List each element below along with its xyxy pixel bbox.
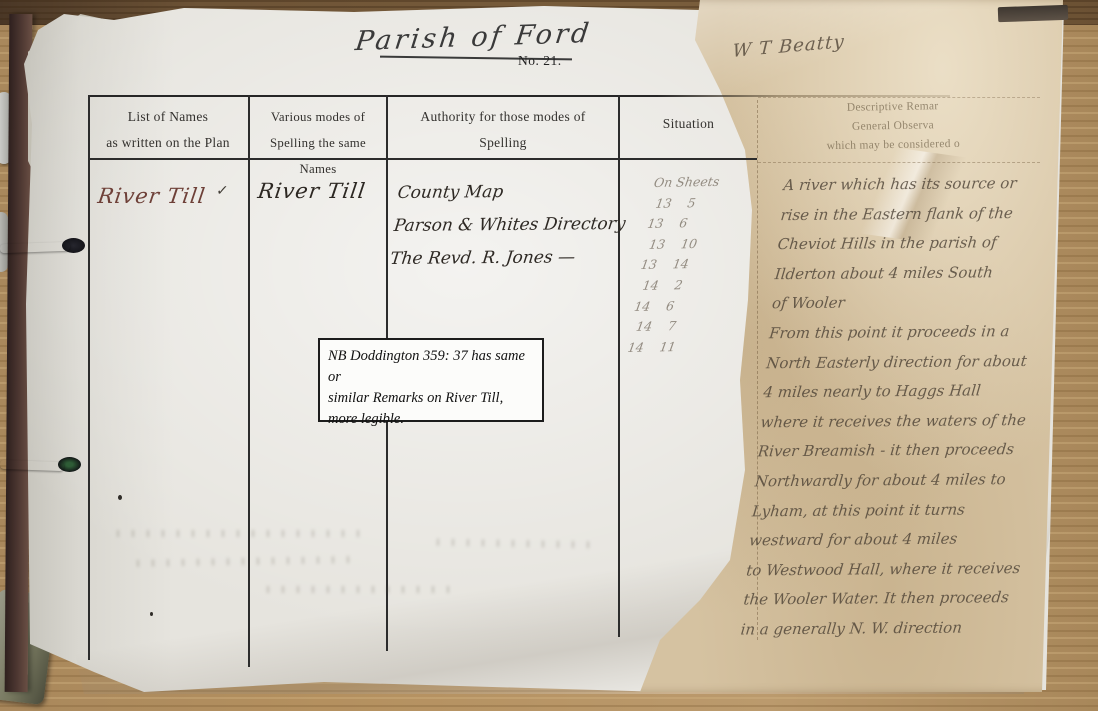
header-list-of-names: List of Names as written on the Plan xyxy=(88,104,248,156)
annotation-line: similar Remarks on River Till, more legi… xyxy=(328,388,536,430)
annotation-line: NB Doddington 359: 37 has same or xyxy=(328,346,536,388)
table-left-border xyxy=(88,95,90,660)
authority-line: County Map xyxy=(396,175,624,210)
photograph-of-name-book-page: Parish of Ford No. 21. W T Beatty List o… xyxy=(0,0,1098,711)
situation-line: 14 11 xyxy=(626,336,740,359)
header-various-modes: Various modes of Spelling the same Names xyxy=(250,104,386,182)
remarks-line: westward for about 4 miles xyxy=(748,524,1047,556)
entry-descriptive-remarks: A river which has its source or rise in … xyxy=(739,169,1081,645)
header-descriptive-remarks: Descriptive Remar General Observa which … xyxy=(760,96,1027,158)
remarks-line: North Easterly direction for about xyxy=(765,346,1064,378)
remarks-line: A river which has its source or xyxy=(782,169,1081,201)
remarks-line: rise in the Eastern flank of the xyxy=(779,198,1078,230)
ink-showthrough-smudge xyxy=(110,530,360,537)
ink-showthrough-smudge xyxy=(260,586,460,593)
header-situation: Situation xyxy=(620,116,757,132)
situation-line: 14 7 xyxy=(634,315,743,337)
situation-line: 14 6 xyxy=(633,295,747,318)
remarks-line: 4 miles nearly to Haggs Hall xyxy=(762,376,1061,408)
entry-spelling: River Till xyxy=(256,179,367,203)
situation-line: 14 2 xyxy=(641,274,750,296)
remarks-line: Northwardly for about 4 miles to xyxy=(753,465,1052,497)
remarks-line: From this point it proceeds in a xyxy=(768,317,1067,349)
remarks-line: the Wooler Water. It then proceeds xyxy=(742,583,1041,615)
header-divider-line xyxy=(88,158,757,160)
authority-line: The Revd. R. Jones — xyxy=(388,241,616,276)
remarks-line: where it receives the waters of the xyxy=(759,405,1058,437)
situation-line: 13 14 xyxy=(639,253,753,276)
book-cover-top-edge xyxy=(998,5,1068,22)
remarks-line: Lyham, at this point it turns xyxy=(751,494,1050,526)
paper-speck xyxy=(118,495,122,500)
situation-line: 13 10 xyxy=(647,233,756,255)
entry-name-on-plan: River Till✓ xyxy=(96,183,230,208)
entry-authorities: County Map Parson & Whites Directory The… xyxy=(388,175,624,276)
remarks-line: Ilderton about 4 miles South xyxy=(773,257,1072,289)
authority-line: Parson & Whites Directory xyxy=(392,208,620,243)
situation-line: On Sheets xyxy=(652,171,766,194)
remarks-line: River Breamish - it then proceeds xyxy=(756,435,1055,467)
page-number: No. 21. xyxy=(518,53,562,69)
remarks-line: to Westwood Hall, where it receives xyxy=(745,554,1044,586)
situation-line: 13 6 xyxy=(646,212,760,235)
remarks-line: Cheviot Hills in the parish of xyxy=(776,228,1075,260)
header-divider-line-faded xyxy=(758,162,1040,163)
paper-speck xyxy=(150,612,153,616)
check-mark-icon: ✓ xyxy=(215,183,230,199)
archivist-annotation-note: NB Doddington 359: 37 has same or simila… xyxy=(318,338,544,422)
remarks-line: in a generally N. W. direction xyxy=(739,613,1038,645)
header-authority: Authority for those modes of Spelling xyxy=(388,104,618,156)
situation-line: 13 5 xyxy=(654,192,763,214)
remarks-line: of Wooler xyxy=(771,287,1070,319)
